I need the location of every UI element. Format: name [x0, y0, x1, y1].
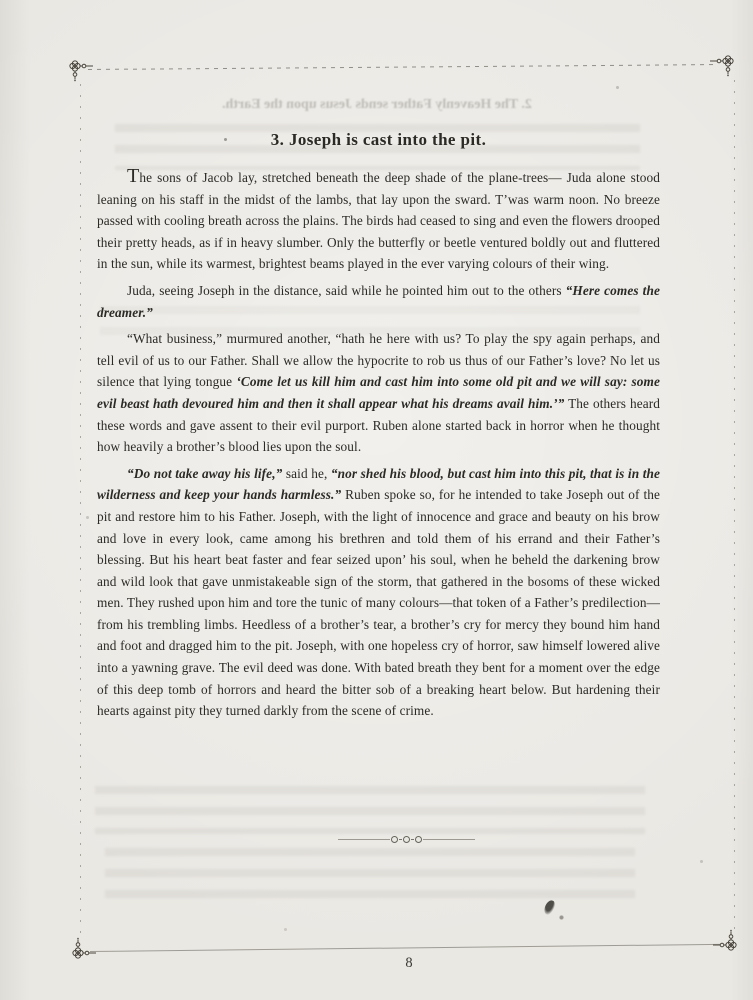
paragraph-segment: he sons of Jacob lay, stretched beneath …: [97, 170, 660, 271]
paper-specks: [224, 138, 227, 141]
divider-line: [423, 839, 475, 840]
paragraph-segment: Juda, seeing Joseph in the distance, sai…: [127, 283, 566, 298]
corner-rosette-ornament-icon: [69, 932, 99, 962]
frame-rule-bottom: [90, 944, 720, 952]
body-paragraphs: The sons of Jacob lay, stretched beneath…: [97, 166, 660, 722]
corner-rosette-ornament-icon: [710, 924, 740, 954]
paragraph: “What business,” murmured another, “hath…: [97, 328, 660, 458]
paragraph: The sons of Jacob lay, stretched beneath…: [97, 166, 660, 275]
page-number: 8: [399, 955, 419, 972]
paragraph: Juda, seeing Joseph in the distance, sai…: [97, 280, 660, 323]
paragraph-segment: Ruben spoke so, for he intended to take …: [97, 487, 660, 718]
corner-rosette-ornament-icon: [707, 52, 737, 82]
section-divider-ornament: [338, 836, 475, 843]
corner-rosette-ornament-icon: [66, 57, 96, 87]
frame-rule-right: [734, 80, 735, 930]
divider-ring-icon: [403, 836, 410, 843]
divider-ring-icon: [391, 836, 398, 843]
paragraph: “Do not take away his life,” said he, “n…: [97, 463, 660, 722]
divider-line: [338, 839, 390, 840]
divider-tick: [399, 839, 402, 840]
divider-tick: [411, 839, 414, 840]
divider-ring-icon: [415, 836, 422, 843]
chapter-title: 3. Joseph is cast into the pit.: [97, 130, 660, 150]
frame-rule-top: [88, 64, 718, 70]
verso-show-through-heading: 2. The Heavenly Father sends Jesus upon …: [222, 97, 532, 113]
text-block: 3. Joseph is cast into the pit. The sons…: [97, 130, 660, 727]
frame-rule-left: [80, 84, 81, 940]
scanned-book-page: 2. The Heavenly Father sends Jesus upon …: [0, 0, 753, 1000]
paragraph-segment: “Do not take away his life,”: [127, 466, 282, 481]
ink-spot: [559, 915, 564, 920]
paragraph-segment: said he,: [282, 466, 331, 481]
verso-show-through-band: [105, 848, 635, 906]
paragraph-segment: T: [127, 165, 139, 187]
verso-show-through-band: [95, 786, 645, 834]
